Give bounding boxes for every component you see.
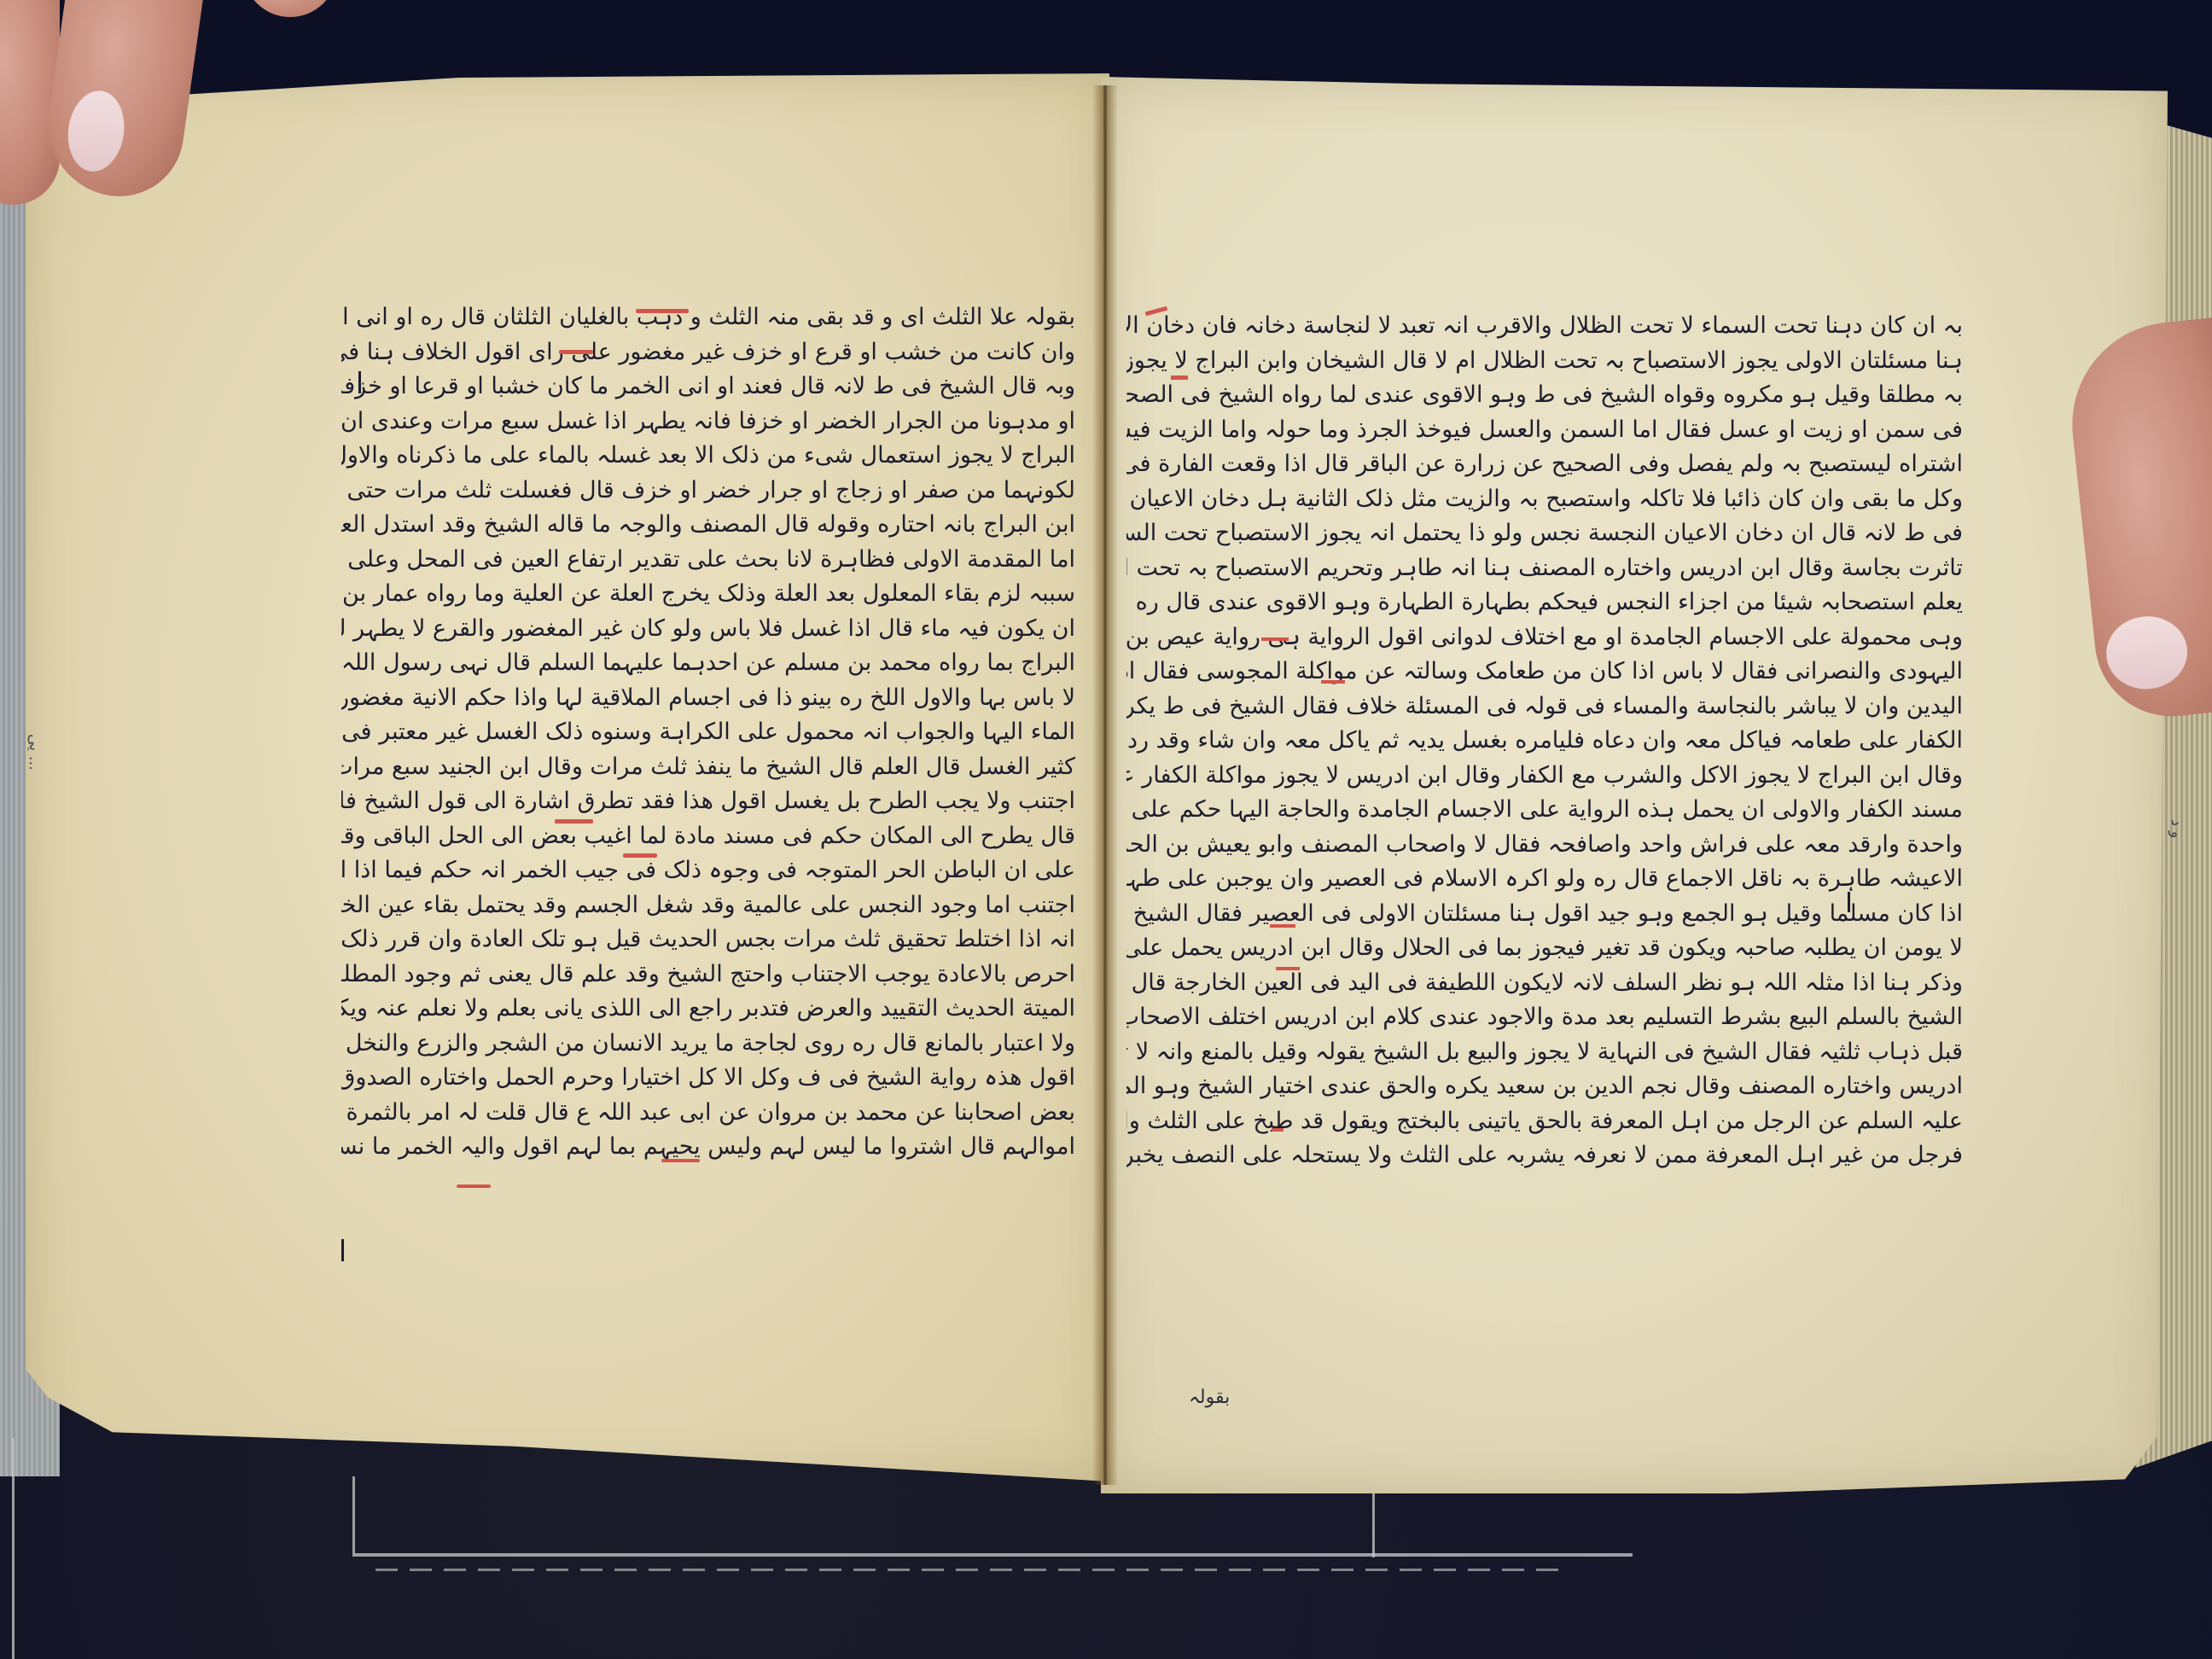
manuscript-line: ان یکون فیہ ماء قال اذا غسل فلا باس ولو … [341, 612, 1075, 647]
manuscript-line: فرجل من غیر اہل المعرفة ممن لا نعرفہ یشر… [1126, 1138, 1963, 1173]
book-gutter [1092, 85, 1118, 1485]
manuscript-line: وبہ قال الشیخ فی ط لانہ قال فعند او انی … [341, 370, 1075, 405]
manuscript-line: ولا اعتبار بالمانع قال ره روی لجاجة ما ی… [341, 1027, 1075, 1062]
margin-stroke [341, 1239, 344, 1261]
manuscript-line: سببہ لزم بقاء المعلول بعد العلة وذلک یخر… [341, 577, 1075, 612]
manuscript-line: علی ان الباطن الحر المتوجہ فی وجوہ ذلک ف… [341, 853, 1075, 888]
margin-stroke [358, 371, 361, 393]
manuscript-line: فی ط لانہ قال ان دخان الاعیان النجسة نجس… [1126, 516, 1963, 551]
rubric-overline [457, 1185, 491, 1188]
manuscript-line: فی سمن او زیت او عسل فقال اما السمن والع… [1126, 413, 1963, 448]
chalk-line-vertical-mid [352, 1476, 355, 1553]
manuscript-line: کثیر الغسل قال العلم قال الشیخ ما ینفذ ث… [341, 750, 1075, 785]
rubric-overline [623, 853, 657, 858]
chalk-line-horizontal [352, 1553, 1633, 1557]
rubric-overline [1261, 637, 1289, 641]
manuscript-line: الیدین وان لا یباشر بالنجاسة والمساء فی … [1126, 690, 1963, 725]
rubric-overline [1171, 375, 1188, 380]
manuscript-line: احرص بالاعادة یوجب الاجتناب واحتج الشیخ … [341, 958, 1075, 992]
manuscript-line: اموالہم قال اشتروا ما لیس لہم ولیس یحیہم… [341, 1130, 1075, 1165]
manuscript-line: تاثرت بجاسة وقال ابن ادریس واختاره المصن… [1126, 551, 1963, 586]
manuscript-line: وقال ابن البراج لا یجوز الاکل والشرب مع … [1126, 759, 1963, 794]
manuscript-line: بقولہ علا الثلث ای و قد بقی منہ الثلث و … [341, 300, 1075, 335]
rubric-overline [555, 819, 593, 824]
manuscript-line: لا باس بہا والاول اللخ ره بینو ذا فی اجس… [341, 681, 1075, 716]
manuscript-line: بعض اصحابنا عن محمد بن مروان عن ابی عبد … [341, 1096, 1075, 1131]
manuscript-line: وذکر ہنا اذا مثلہ اللہ ہو نظر السلف لانہ… [1126, 966, 1963, 1001]
manuscript-line: قبل ذہاب ثلثیہ فقال الشیخ فی النہایة لا … [1126, 1035, 1963, 1070]
thumbnail [63, 87, 130, 175]
left-page-text: بقولہ علا الثلث ای و قد بقی منہ الثلث و … [341, 300, 1075, 1165]
chalk-line-dashed [375, 1569, 1570, 1571]
manuscript-line: لکونہما من صفر او زجاج او جرار خضر او خز… [341, 474, 1075, 509]
manuscript-line: قال یطرح الی المکان حکم فی مسند مادة لما… [341, 819, 1075, 854]
manuscript-line: وہی محمولة علی الاجسام الجامدة او مع اخت… [1126, 620, 1963, 655]
rubric-overline [661, 1159, 700, 1162]
rubric-overline [636, 309, 689, 313]
manuscript-line: اجتنب اما وجود النجس علی عالمیة وقد شغل … [341, 888, 1075, 923]
manuscript-line: لا یومن ان یطلبہ صاحبہ ویکون قد تغیر فیج… [1126, 931, 1963, 966]
manuscript-line: انہ اذا اختلط تحقیق ثلث مرات بجس الحدیث … [341, 923, 1075, 958]
left-edge-note: یی ... [26, 734, 44, 771]
manuscript-line: بہ ان کان دہنا تحت السماء لا تحت الظلال … [1126, 309, 1963, 344]
manuscript-line: علیہ السلم عن الرجل من اہل المعرفة بالحق… [1126, 1104, 1963, 1139]
rubric-overline [1270, 924, 1295, 928]
rubric-overline [1272, 1128, 1284, 1132]
manuscript-line: البراج لا یجوز استعمال شیء من ذلک الا بع… [341, 439, 1075, 474]
rubric-overline [1276, 967, 1300, 970]
manuscript-line: بہ مطلقا وقیل ہو مکروه وقواه الشیخ فی ط … [1126, 378, 1963, 413]
thumbnail [2103, 613, 2191, 693]
manuscript-line: الاعیشہ طاہرة بہ ناقل الاجماع قال ره ولو… [1126, 862, 1963, 897]
manuscript-line: وان کانت من خشب او قرع او خزف غیر مغضور … [341, 335, 1075, 370]
rubric-overline [1321, 680, 1345, 684]
chalk-line-vertical-right [1372, 1489, 1375, 1557]
manuscript-line: یعلم استصحابہ شیئا من اجزاء النجس فیحکم … [1126, 585, 1963, 620]
catchword: بقولہ [1189, 1387, 1230, 1408]
manuscript-line: الماء الیہا والجواب انہ محمول علی الکراہ… [341, 715, 1075, 750]
manuscript-line: الکفار علی طعامہ فیاکل معہ وان دعاه فلیا… [1126, 724, 1963, 759]
manuscript-line: اشتراه لیستصبح بہ ولم یفصل وفی الصحیح عن… [1126, 447, 1963, 482]
manuscript-line: البراج بما رواه محمد بن مسلم عن احدہما ع… [341, 646, 1075, 681]
manuscript-line: ابن البراج بانہ احتاره وقوله قال المصنف … [341, 508, 1075, 543]
manuscript-line: ہنا مسئلتان الاولی یجوز الاستصباح بہ تحت… [1126, 344, 1963, 379]
manuscript-line: مسند الکفار والاولی ان یحمل ہذه الروایة … [1126, 793, 1963, 828]
manuscript-line: اقول هذہ روایة الشیخ فی ف وکل الا کل اخت… [341, 1061, 1075, 1096]
manuscript-line: وکل ما بقی وان کان ذائبا فلا تاکلہ واستص… [1126, 482, 1963, 517]
manuscript-line: واحدة وارقد معہ علی فراش واحد واصافحہ فق… [1126, 828, 1963, 863]
manuscript-line: الیہودی والنصرانی فقال لا باس اذا کان من… [1126, 655, 1963, 690]
manuscript-line: المیتة الحدیث التقیید والعرض فتدبر راجع … [341, 992, 1075, 1027]
right-page-text: بہ ان کان دہنا تحت السماء لا تحت الظلال … [1126, 309, 1963, 1173]
manuscript-line: او مدہونا من الجرار الخضر او خزفا فانہ ی… [341, 405, 1075, 439]
manuscript-line: اذا کان مسلما وقیل ہو الجمع وہو جید اقول… [1126, 897, 1963, 932]
margin-stroke [1848, 892, 1850, 912]
manuscript-line: ادریس واختاره المصنف وقال نجم الدین بن س… [1126, 1069, 1963, 1104]
manuscript-line: الشیخ بالسلم البیع بشرط التسلیم بعد مدة … [1126, 1000, 1963, 1035]
manuscript-line: اما المقدمة الاولی فظاہرة لانا بحث علی ت… [341, 543, 1075, 578]
manuscript-line: اجتنب ولا یجب الطرح بل یغسل اقول هذا فقد… [341, 784, 1075, 819]
rubric-overline [559, 350, 593, 354]
right-edge-note: و د [2168, 819, 2186, 838]
